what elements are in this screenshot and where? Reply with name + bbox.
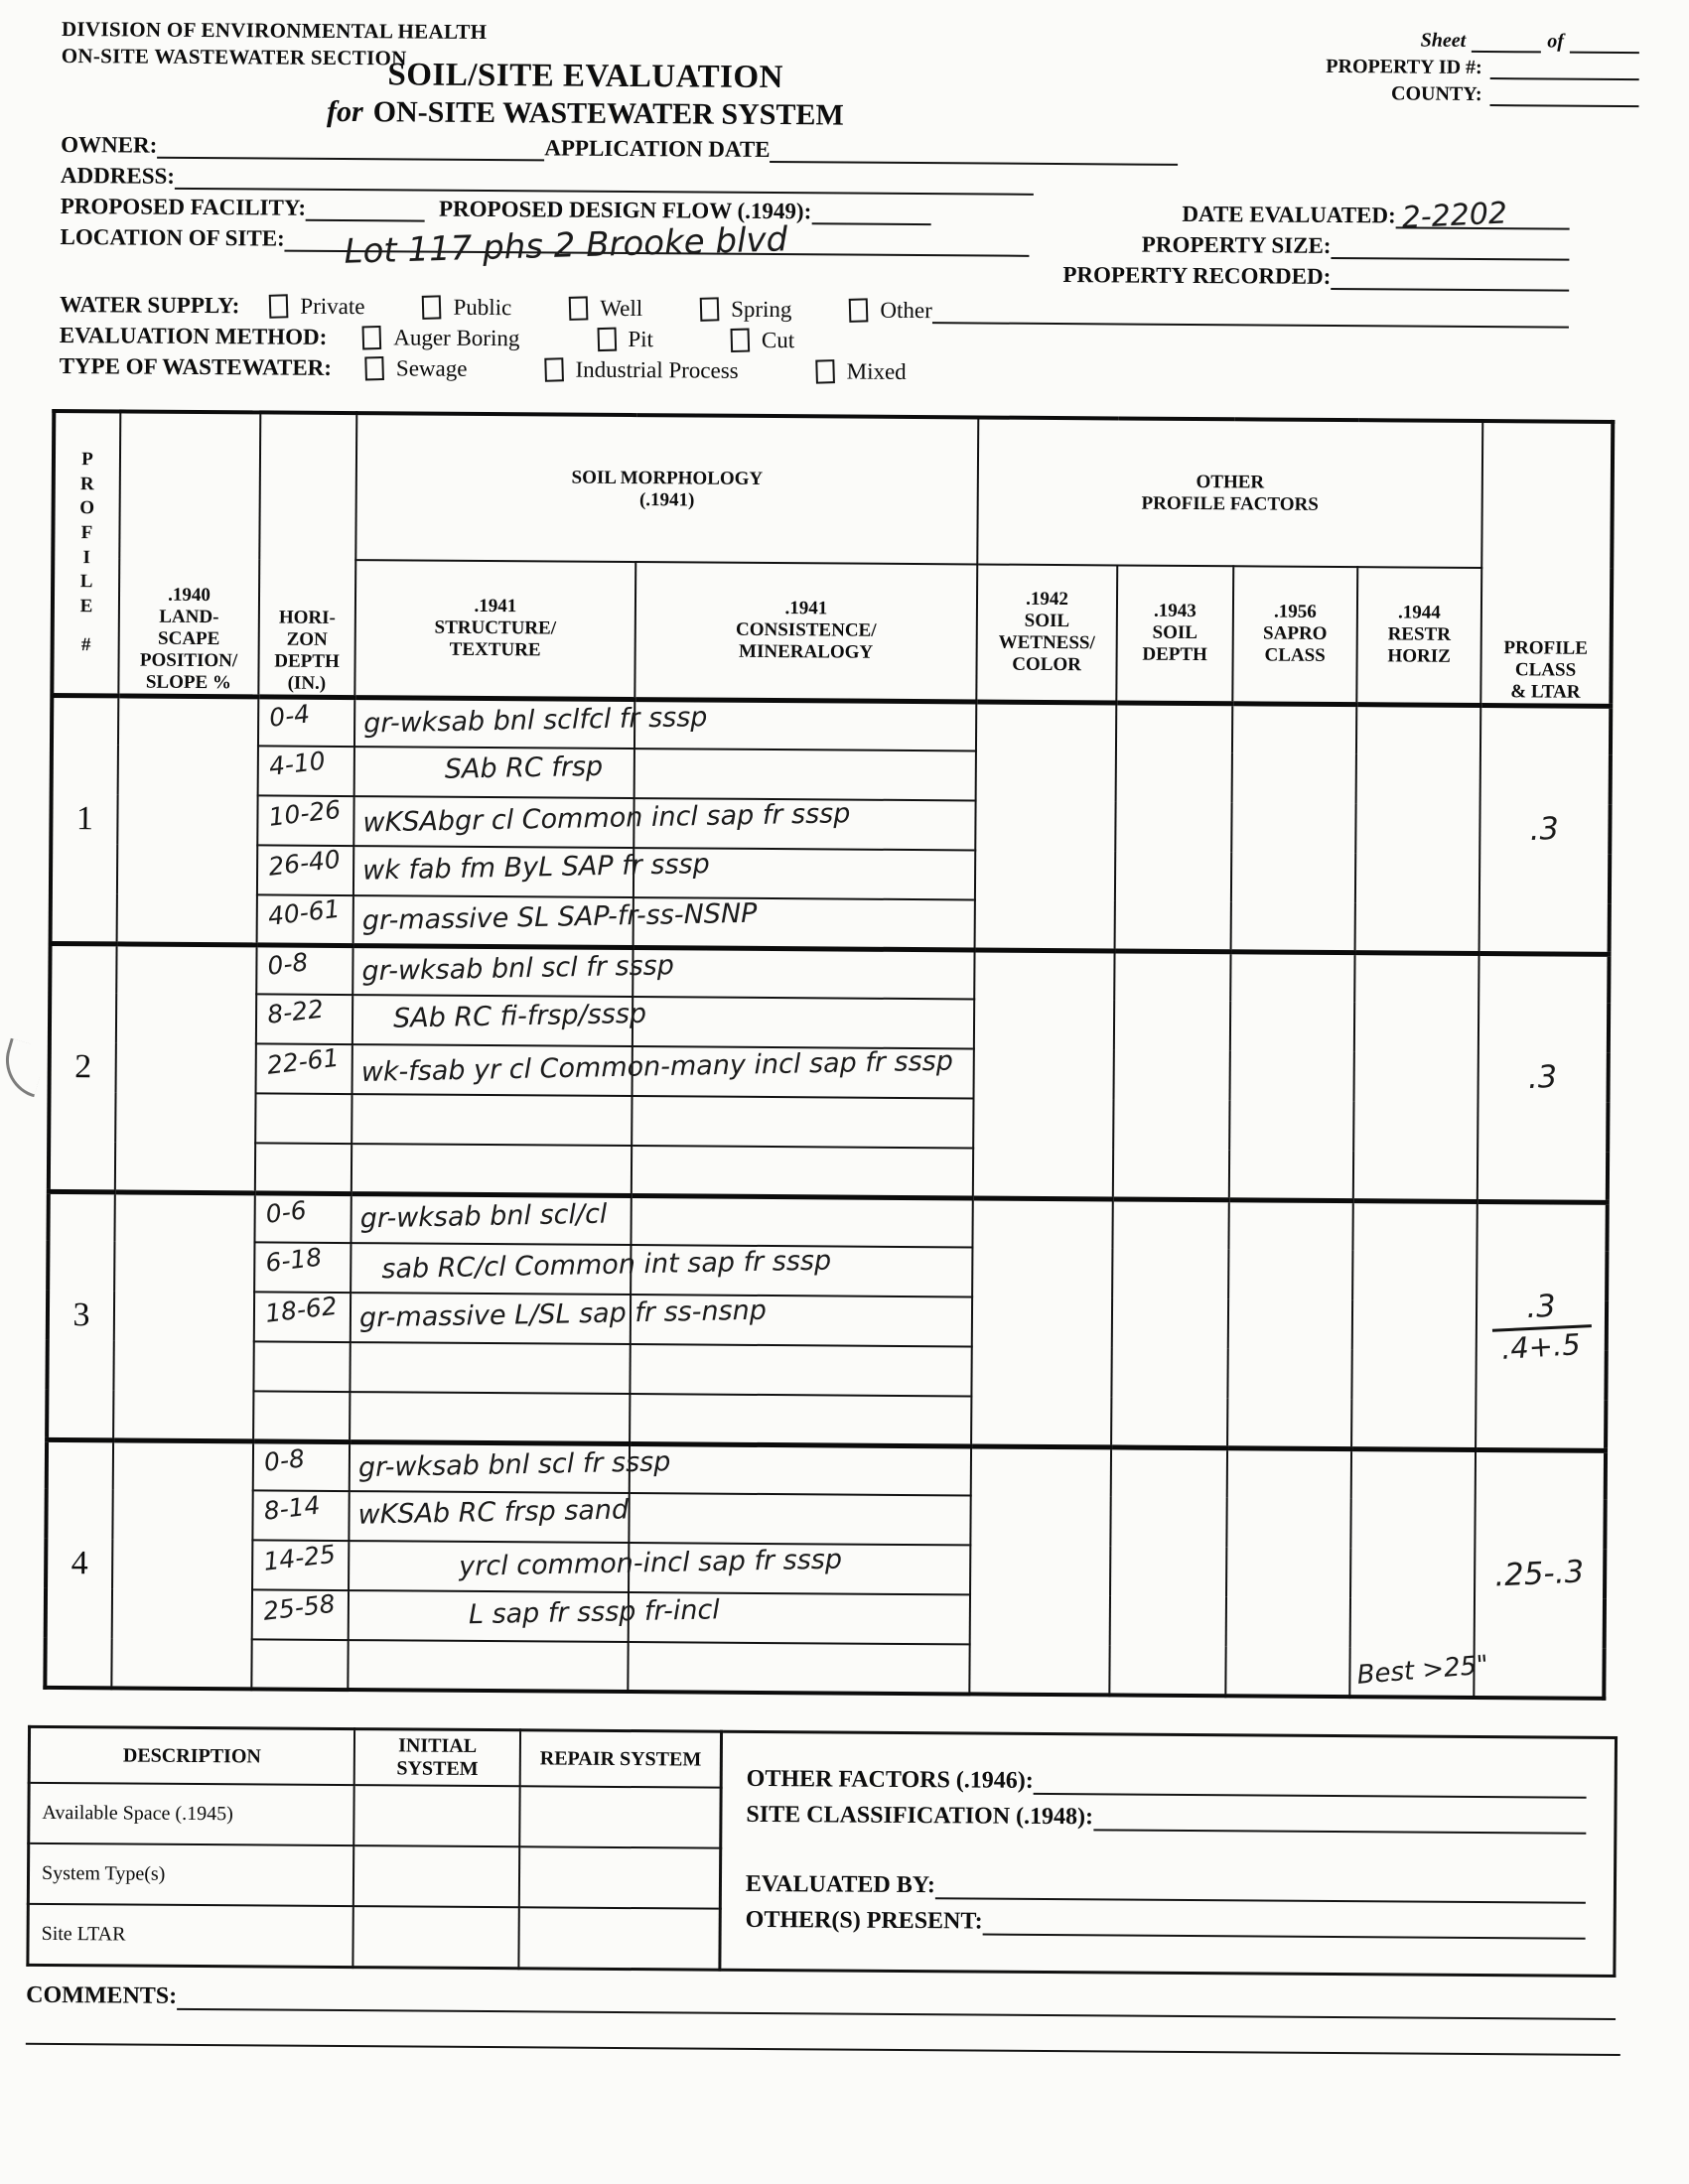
owner-line[interactable] bbox=[157, 133, 544, 162]
structure-cell[interactable] bbox=[350, 1392, 630, 1443]
proposed-facility-line[interactable] bbox=[306, 196, 425, 222]
consistence-cell[interactable] bbox=[633, 997, 974, 1048]
soil-depth-cell[interactable] bbox=[1109, 1446, 1227, 1696]
comments-label: COMMENTS: bbox=[26, 1982, 177, 2010]
wetness-cell[interactable] bbox=[971, 1197, 1113, 1446]
consistence-cell[interactable] bbox=[633, 947, 974, 999]
horizon-depth-cell[interactable] bbox=[255, 1093, 352, 1144]
proposed-design-flow-line[interactable] bbox=[811, 199, 930, 225]
consistence-cell[interactable] bbox=[630, 1344, 971, 1396]
class-ltar-cell[interactable]: .3 bbox=[1479, 705, 1612, 954]
sheet-of-label: of bbox=[1547, 30, 1564, 53]
restr-cell[interactable]: Best >25" bbox=[1349, 1448, 1476, 1698]
horizon-depth-cell[interactable] bbox=[253, 1391, 350, 1441]
org-line-1: DIVISION OF ENVIRONMENTAL HEALTH bbox=[62, 16, 488, 46]
water-supply-other-line[interactable] bbox=[932, 298, 1569, 328]
evaluation-summary-box: OTHER FACTORS (.1946): SITE CLASSIFICATI… bbox=[721, 1730, 1618, 1978]
checkbox-private[interactable] bbox=[269, 294, 289, 319]
site-ltar-label: Site LTAR bbox=[28, 1904, 353, 1968]
structure-cell[interactable]: gr-massive L/SL sap fr ss-nsnp bbox=[351, 1293, 631, 1344]
restr-cell[interactable] bbox=[1355, 704, 1481, 953]
option-private: Private bbox=[300, 294, 364, 320]
property-size-label: PROPERTY SIZE: bbox=[1142, 232, 1332, 259]
option-auger-boring: Auger Boring bbox=[393, 325, 519, 351]
structure-cell[interactable]: gr-wksab bnl scl fr sssp bbox=[350, 1441, 630, 1493]
property-id-label: PROPERTY ID #: bbox=[1326, 56, 1482, 79]
date-evaluated-label: DATE EVALUATED: bbox=[1182, 202, 1396, 229]
profile-number: 3 bbox=[47, 1191, 115, 1439]
structure-cell[interactable] bbox=[352, 1094, 632, 1146]
sheet-number-line[interactable] bbox=[1472, 27, 1541, 53]
profile-class-ltar-header: PROFILE CLASS & LTAR bbox=[1480, 421, 1613, 706]
soil-profile-table: P R O F I L E# .1940 LAND- SCAPE POSITIO… bbox=[43, 409, 1615, 1701]
structure-cell[interactable]: gr-wksab bnl scl fr sssp bbox=[352, 945, 633, 997]
location-of-site-label: LOCATION OF SITE: bbox=[60, 224, 284, 252]
horizon-depth-cell[interactable]: 6-18 bbox=[254, 1242, 351, 1293]
wetness-cell[interactable] bbox=[973, 949, 1115, 1198]
sapro-cell[interactable] bbox=[1227, 1199, 1353, 1448]
repair-system-header: REPAIR SYSTEM bbox=[520, 1730, 722, 1788]
structure-cell[interactable] bbox=[352, 1144, 632, 1195]
horizon-depth-cell[interactable] bbox=[253, 1341, 350, 1392]
structure-cell[interactable]: L sap fr sssp fr-incl bbox=[349, 1590, 629, 1642]
available-space-repair-cell[interactable] bbox=[520, 1786, 722, 1847]
county-line[interactable] bbox=[1489, 80, 1638, 107]
structure-cell[interactable]: gr-wksab bnl scl/cl bbox=[351, 1193, 631, 1245]
consistence-cell[interactable] bbox=[629, 1493, 970, 1545]
evaluation-method-label: EVALUATION METHOD: bbox=[60, 323, 328, 350]
sheet-info-block: Sheet of PROPERTY ID #: COUNTY: bbox=[1326, 25, 1639, 107]
location-of-site-line[interactable]: Lot 117 phs 2 Brooke blvd bbox=[285, 226, 1030, 257]
county-label: COUNTY: bbox=[1391, 82, 1482, 106]
landscape-header: .1940 LAND- SCAPE POSITION/ SLOPE % bbox=[118, 411, 260, 696]
structure-cell[interactable]: wk fab fm ByL SAP fr sssp bbox=[353, 846, 633, 897]
table-row: Site LTAR bbox=[28, 1904, 720, 1970]
option-pit: Pit bbox=[628, 327, 653, 352]
structure-cell[interactable]: gr-massive SL SAP-fr-ss-NSNP bbox=[353, 895, 633, 947]
horizon-depth-cell[interactable] bbox=[255, 1143, 352, 1193]
evaluated-by-line[interactable] bbox=[935, 1869, 1586, 1904]
soil-depth-header: .1943 SOIL DEPTH bbox=[1116, 565, 1233, 703]
option-other: Other bbox=[880, 298, 932, 324]
structure-cell[interactable]: sab RC/cl Common int sap fr sssp bbox=[351, 1243, 631, 1295]
soil-depth-cell[interactable] bbox=[1113, 950, 1231, 1199]
structure-cell[interactable]: SAb RC frsp bbox=[354, 747, 634, 798]
checkbox-pit[interactable] bbox=[597, 328, 617, 352]
application-date-line[interactable] bbox=[770, 137, 1178, 166]
restr-horiz-header: .1944 RESTR HORIZ bbox=[1356, 567, 1481, 705]
owner-label: OWNER: bbox=[61, 132, 157, 159]
site-classification-line[interactable] bbox=[1093, 1801, 1587, 1834]
site-ltar-repair-cell[interactable] bbox=[519, 1907, 721, 1970]
checkbox-sewage[interactable] bbox=[365, 356, 385, 381]
soil-morphology-group-header: SOIL MORPHOLOGY (.1941) bbox=[355, 413, 978, 564]
property-recorded-line[interactable] bbox=[1331, 264, 1569, 292]
other-factors-label: OTHER FACTORS (.1946): bbox=[747, 1766, 1034, 1795]
others-present-line[interactable] bbox=[983, 1906, 1586, 1940]
property-recorded-label: PROPERTY RECORDED: bbox=[1062, 262, 1331, 290]
consistence-cell[interactable] bbox=[632, 1096, 973, 1148]
structure-cell[interactable]: SAb RC fi-frsp/sssp bbox=[352, 995, 633, 1046]
option-industrial-process: Industrial Process bbox=[575, 357, 738, 384]
wetness-cell[interactable] bbox=[969, 1445, 1111, 1695]
checkbox-public[interactable] bbox=[422, 295, 442, 320]
horizon-depth-cell[interactable]: 22-61 bbox=[256, 1043, 352, 1094]
consistence-mineralogy-header: .1941 CONSISTENCE/ MINERALOGY bbox=[634, 562, 977, 701]
horizon-depth-cell[interactable]: 40-61 bbox=[257, 894, 353, 945]
option-spring: Spring bbox=[731, 297, 792, 323]
sheet-label: Sheet bbox=[1421, 30, 1467, 53]
landscape-cell[interactable] bbox=[115, 943, 257, 1192]
horizon-depth-cell[interactable]: 10-26 bbox=[257, 795, 353, 846]
structure-cell[interactable]: wk-fsab yr cl Common-many incl sap fr ss… bbox=[352, 1044, 633, 1096]
option-mixed: Mixed bbox=[847, 359, 907, 385]
landscape-cell[interactable] bbox=[113, 1191, 255, 1440]
consistence-cell[interactable] bbox=[628, 1642, 969, 1694]
structure-cell[interactable]: wKSAb RC frsp sand bbox=[349, 1491, 629, 1543]
horizon-depth-cell[interactable]: 25-58 bbox=[252, 1589, 349, 1640]
sapro-cell[interactable] bbox=[1225, 1447, 1351, 1697]
soil-depth-cell[interactable] bbox=[1111, 1198, 1229, 1447]
profile-number: 4 bbox=[45, 1439, 113, 1688]
class-ltar-cell[interactable]: .3 .4+.5 bbox=[1476, 1201, 1608, 1450]
consistence-cell[interactable] bbox=[631, 1195, 972, 1247]
horizon-depth-cell[interactable]: 26-40 bbox=[257, 845, 353, 895]
other-profile-factors-group-header: OTHER PROFILE FACTORS bbox=[977, 417, 1482, 568]
landscape-cell[interactable] bbox=[111, 1439, 253, 1689]
structure-texture-header: .1941 STRUCTURE/ TEXTURE bbox=[354, 560, 635, 699]
site-ltar-initial-cell[interactable] bbox=[352, 1906, 519, 1969]
option-sewage: Sewage bbox=[396, 355, 468, 381]
date-evaluated-line[interactable]: 2-2202 bbox=[1396, 203, 1570, 229]
consistence-cell[interactable] bbox=[630, 1443, 971, 1495]
consistence-cell[interactable] bbox=[634, 749, 976, 800]
address-label: ADDRESS: bbox=[61, 163, 175, 190]
property-id-line[interactable] bbox=[1490, 54, 1639, 80]
consistence-cell[interactable] bbox=[632, 1146, 973, 1197]
horizon-depth-cell[interactable]: 0-6 bbox=[254, 1192, 351, 1243]
table-row: System Type(s) bbox=[28, 1843, 720, 1909]
available-space-label: Available Space (.1945) bbox=[29, 1783, 354, 1845]
site-classification-label: SITE CLASSIFICATION (.1948): bbox=[746, 1802, 1093, 1831]
soil-depth-cell[interactable] bbox=[1115, 702, 1233, 951]
profile-number-header: P R O F I L E# bbox=[52, 411, 120, 695]
title-rest: ON-SITE WASTEWATER SYSTEM bbox=[373, 95, 844, 131]
evaluated-by-label: EVALUATED BY: bbox=[746, 1871, 935, 1899]
structure-cell[interactable] bbox=[348, 1640, 628, 1692]
title-for: for bbox=[327, 95, 363, 128]
restr-cell[interactable] bbox=[1351, 1200, 1478, 1449]
system-types-repair-cell[interactable] bbox=[519, 1846, 721, 1908]
comments-line-2[interactable] bbox=[26, 2043, 1620, 2056]
profile-number: 1 bbox=[51, 695, 119, 943]
bottom-section: DESCRIPTION INITIAL SYSTEM REPAIR SYSTEM… bbox=[26, 1725, 1618, 1978]
option-well: Well bbox=[600, 296, 642, 322]
checkbox-well[interactable] bbox=[569, 296, 589, 321]
comments-row: COMMENTS: bbox=[26, 1982, 1616, 2020]
structure-cell[interactable]: yrcl common-incl sap fr sssp bbox=[349, 1541, 629, 1592]
structure-cell[interactable] bbox=[350, 1342, 630, 1394]
horizon-depth-cell[interactable]: 14-25 bbox=[252, 1540, 349, 1590]
horizon-depth-cell[interactable]: 18-62 bbox=[254, 1292, 351, 1342]
checkbox-other[interactable] bbox=[849, 298, 869, 323]
type-of-wastewater-label: TYPE OF WASTEWATER: bbox=[60, 353, 333, 381]
horizon-depth-cell[interactable]: 4-10 bbox=[258, 746, 354, 796]
structure-cell[interactable]: gr-wksab bnl sclfcl fr sssp bbox=[354, 697, 634, 749]
date-evaluated-value: 2-2202 bbox=[1401, 196, 1508, 235]
horizon-depth-cell[interactable]: 0-4 bbox=[258, 696, 354, 747]
sapro-cell[interactable] bbox=[1229, 951, 1355, 1200]
property-size-line[interactable] bbox=[1331, 233, 1569, 261]
comments-line-1[interactable] bbox=[177, 1984, 1616, 2020]
checkbox-spring[interactable] bbox=[700, 297, 720, 322]
landscape-cell[interactable] bbox=[117, 695, 259, 944]
class-ltar-cell[interactable]: .25-.3 bbox=[1474, 1449, 1606, 1699]
structure-cell[interactable]: wKSAbgr cl Common incl sap fr sssp bbox=[353, 796, 633, 848]
option-cut: Cut bbox=[762, 328, 794, 353]
wetness-cell[interactable] bbox=[975, 701, 1117, 950]
other-factors-line[interactable] bbox=[1034, 1765, 1587, 1799]
system-description-table: DESCRIPTION INITIAL SYSTEM REPAIR SYSTEM… bbox=[26, 1725, 723, 1972]
form-fields: OWNER: APPLICATION DATE ADDRESS: PROPOSE… bbox=[0, 127, 1688, 391]
checkbox-mixed[interactable] bbox=[815, 359, 835, 384]
horizon-depth-cell[interactable] bbox=[251, 1639, 348, 1690]
sheet-total-line[interactable] bbox=[1570, 28, 1639, 54]
checkbox-auger-boring[interactable] bbox=[362, 326, 382, 350]
restr-cell[interactable] bbox=[1353, 952, 1479, 1201]
soil-wetness-color-header: .1942 SOIL WETNESS/ COLOR bbox=[976, 564, 1117, 702]
proposed-facility-label: PROPOSED FACILITY: bbox=[61, 194, 306, 221]
checkbox-cut[interactable] bbox=[731, 329, 751, 353]
sapro-cell[interactable] bbox=[1231, 703, 1357, 952]
initial-system-header: INITIAL SYSTEM bbox=[354, 1729, 521, 1787]
table-row: Available Space (.1945) bbox=[29, 1783, 721, 1848]
consistence-cell[interactable] bbox=[630, 1394, 971, 1445]
horizon-depth-cell[interactable]: 0-8 bbox=[253, 1440, 350, 1491]
sapro-class-header: .1956 SAPRO CLASS bbox=[1232, 566, 1357, 704]
horizon-depth-cell[interactable]: 0-8 bbox=[256, 944, 352, 995]
checkbox-industrial-process[interactable] bbox=[544, 357, 564, 382]
water-supply-label: WATER SUPPLY: bbox=[60, 292, 239, 319]
horizon-depth-header: HORI- ZON DEPTH (IN.) bbox=[258, 412, 356, 697]
horizon-depth-cell[interactable]: 8-22 bbox=[256, 994, 352, 1044]
description-header: DESCRIPTION bbox=[29, 1726, 354, 1785]
profile-number: 2 bbox=[49, 943, 117, 1191]
class-ltar-cell[interactable]: .3 bbox=[1478, 953, 1610, 1202]
system-types-initial-cell[interactable] bbox=[353, 1845, 520, 1907]
scanned-form-page: DIVISION OF ENVIRONMENTAL HEALTH ON-SITE… bbox=[0, 0, 1689, 2184]
others-present-label: OTHER(S) PRESENT: bbox=[746, 1907, 983, 1936]
horizon-depth-cell[interactable]: 8-14 bbox=[252, 1490, 349, 1541]
application-date-label: APPLICATION DATE bbox=[544, 135, 770, 163]
available-space-initial-cell[interactable] bbox=[353, 1785, 520, 1846]
system-types-label: System Type(s) bbox=[28, 1843, 353, 1906]
option-public: Public bbox=[453, 295, 511, 321]
